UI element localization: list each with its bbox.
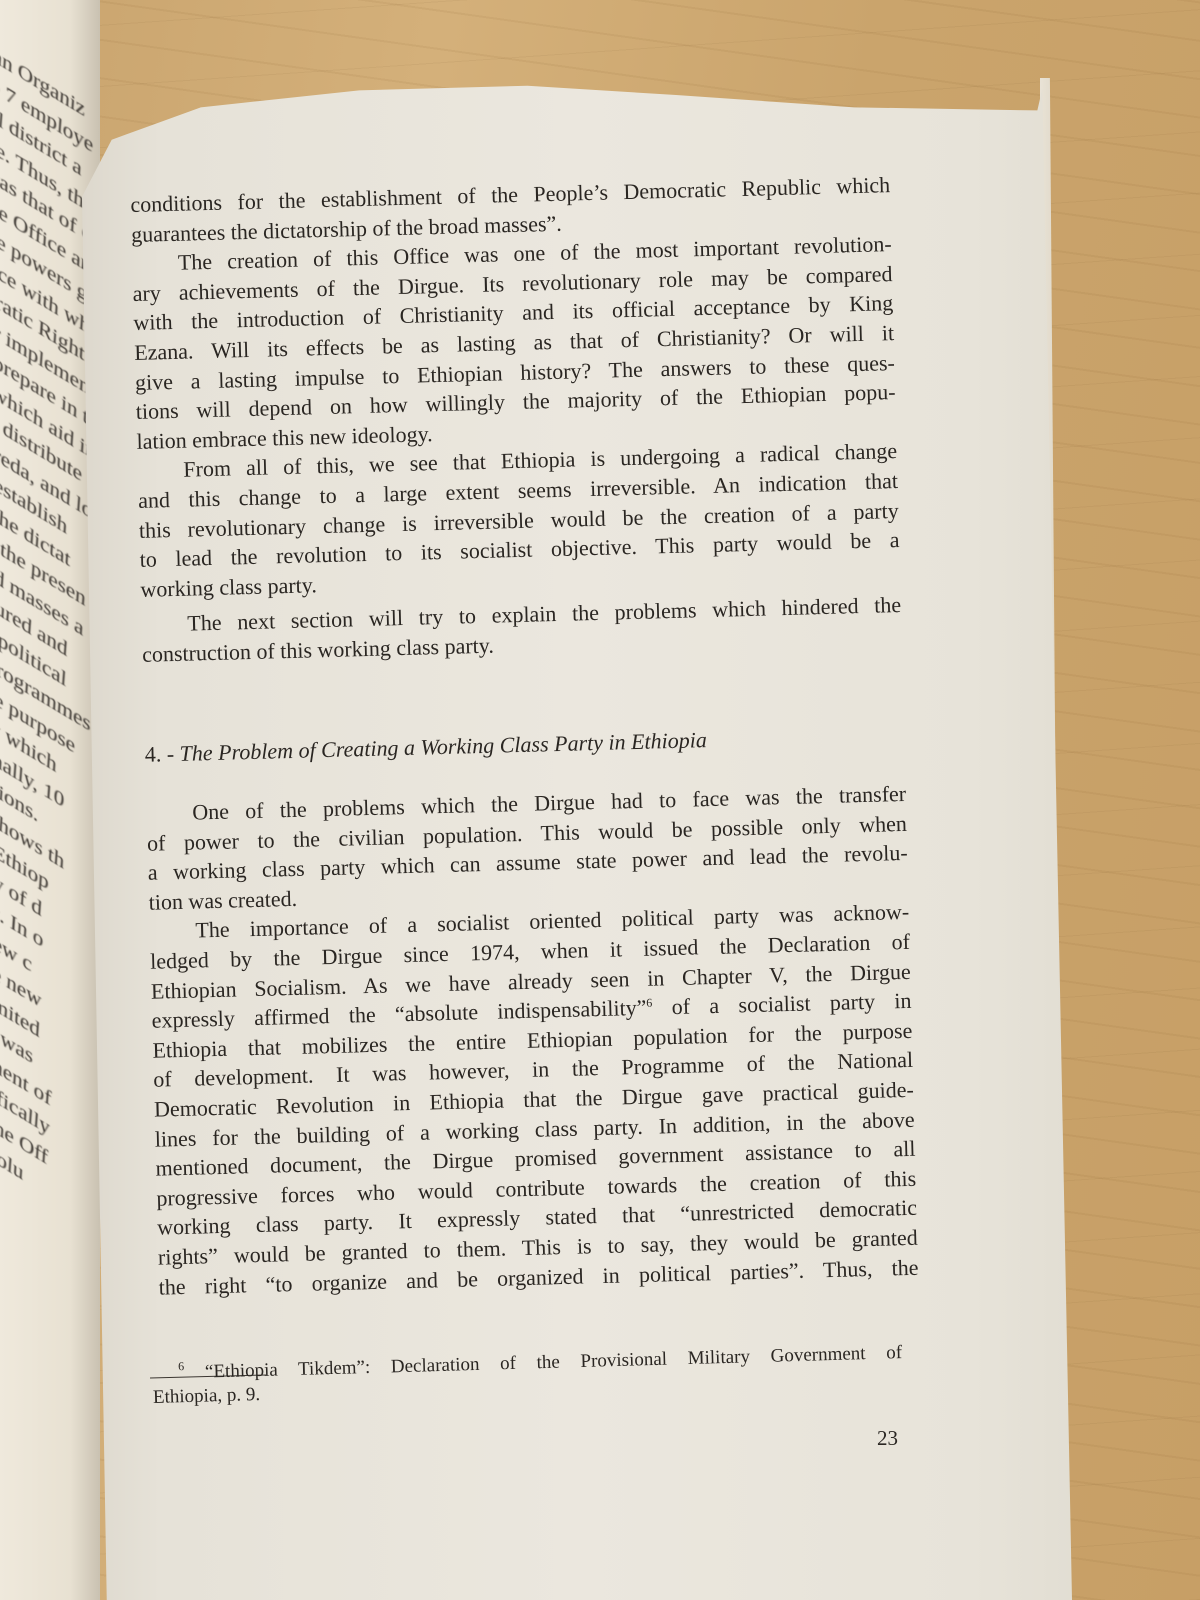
section-number: 4. - — [144, 741, 174, 767]
page-body-text: conditions for the establishment of the … — [130, 170, 919, 1302]
section-heading: 4. - The Problem of Creating a Working C… — [144, 719, 905, 768]
text-fragment: of a socialist party in — [652, 988, 912, 1020]
page-number: 23 — [877, 1426, 898, 1451]
footnote-marker: 6 — [178, 1359, 184, 1373]
section-title: The Problem of Creating a Working Class … — [179, 727, 707, 766]
paragraph: From all of this, we see that Ethiopia i… — [137, 436, 901, 604]
paragraph: The importance of a socialist oriented p… — [149, 897, 919, 1301]
paragraph: The creation of this Office was one of t… — [132, 229, 897, 456]
paragraph: One of the problems which the Dirgue had… — [146, 779, 909, 917]
